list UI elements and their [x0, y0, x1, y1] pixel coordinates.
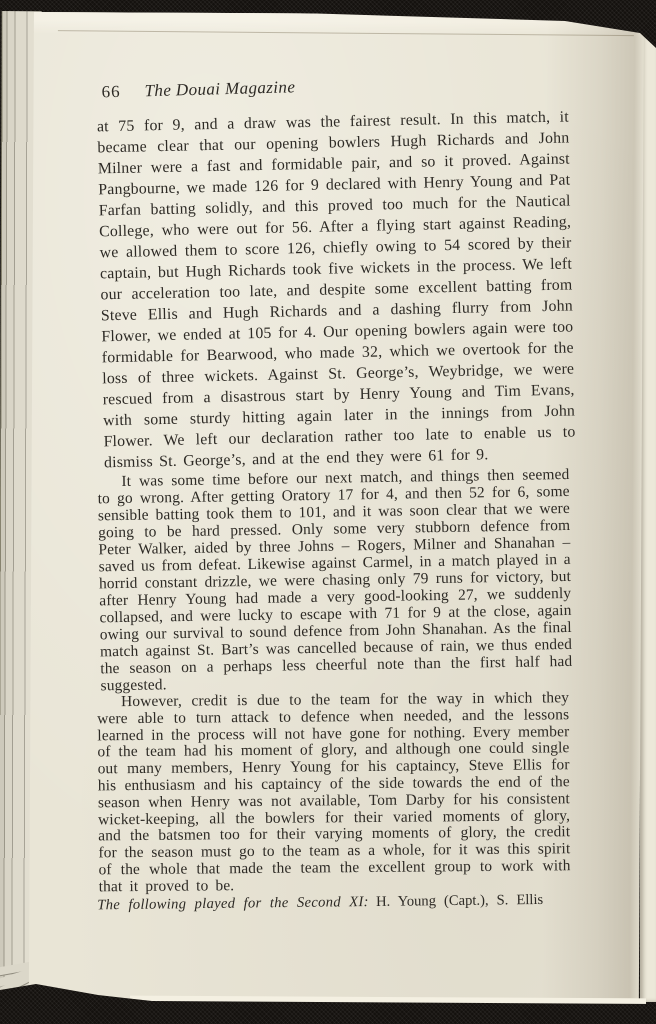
body-text-column: at 75 for 9, and a draw was the fairest … [97, 116, 573, 916]
paragraph: However, credit is due to the team for t… [97, 690, 571, 896]
page-number: 66 [101, 82, 120, 101]
magazine-title: The Douai Magazine [144, 77, 295, 100]
paragraph-continuation: at 75 for 9, and a draw was the fairest … [97, 107, 576, 474]
footer-italic-lead: The following played for the Second XI: [97, 894, 369, 913]
paragraph: It was some time before our next match, … [97, 466, 572, 694]
running-header: 66The Douai Magazine [101, 70, 573, 102]
under-page-edge-line [58, 30, 634, 36]
scanned-book-page: 66The Douai Magazine at 75 for 9, and a … [29, 12, 644, 1015]
book-scan-scene: 66The Douai Magazine at 75 for 9, and a … [0, 0, 656, 1024]
footer-roman-rest: H. Young (Capt.), S. Ellis [376, 891, 543, 909]
